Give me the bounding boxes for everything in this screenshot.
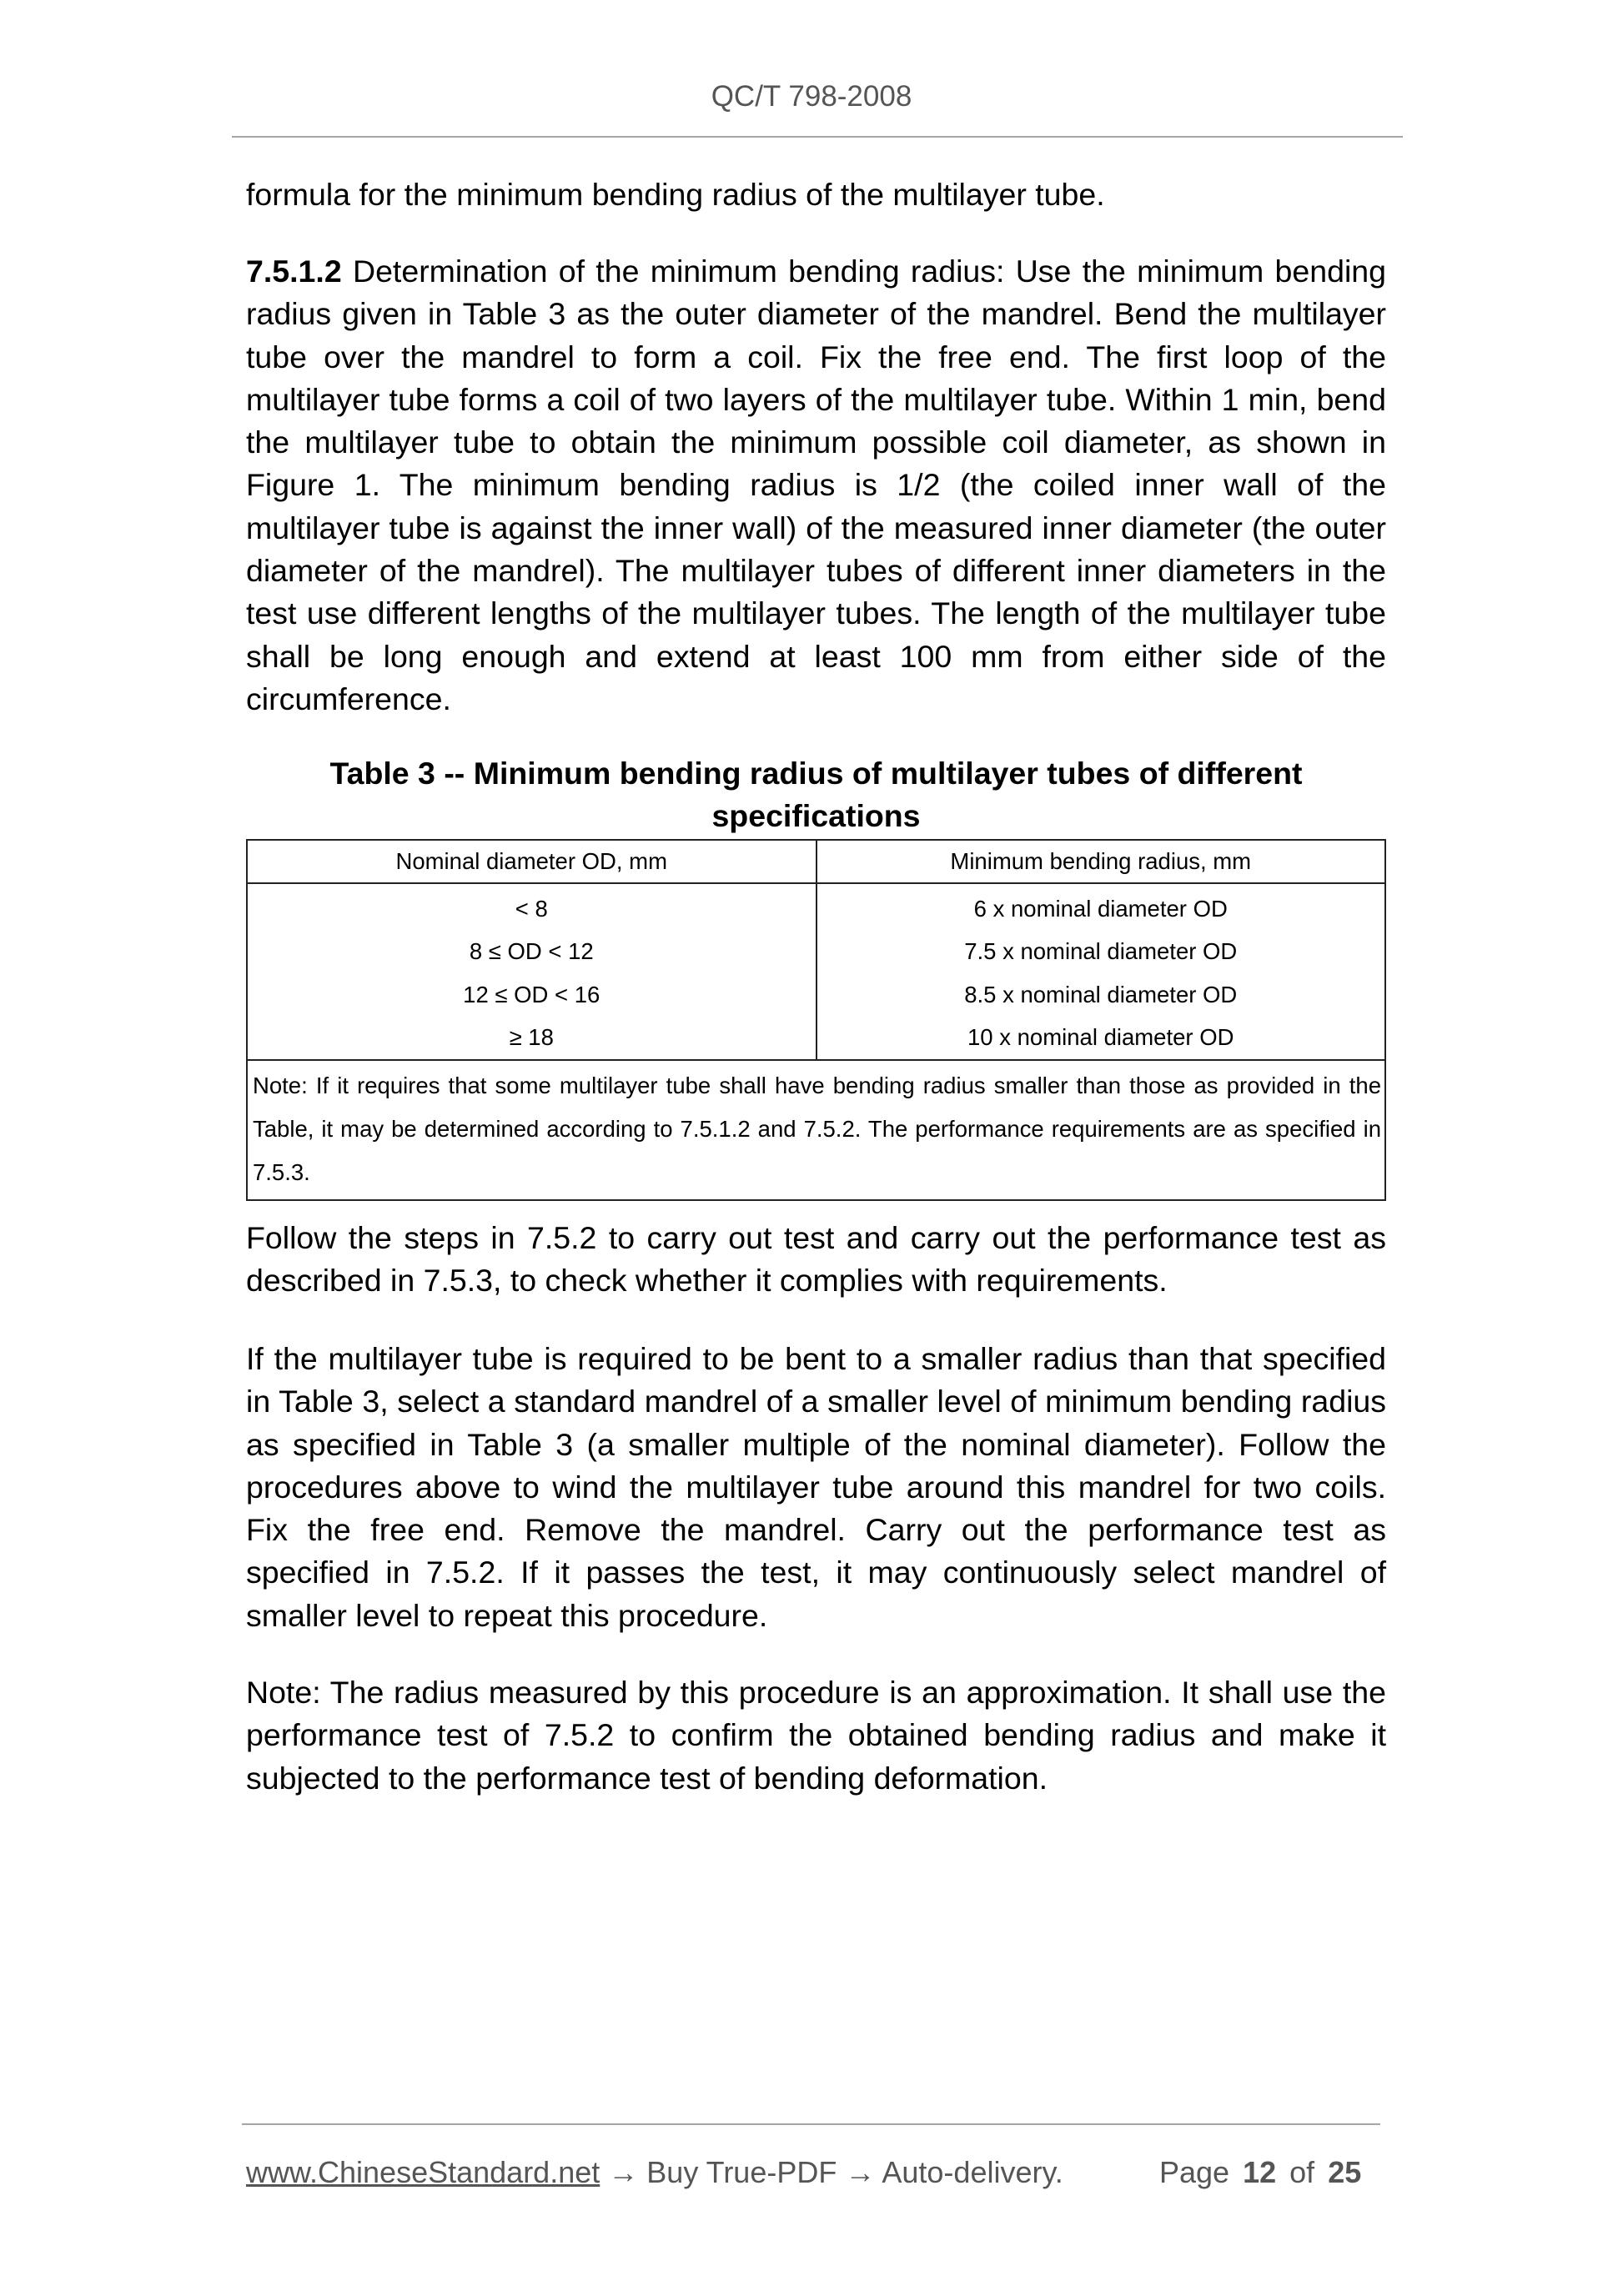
section-text: Determination of the minimum bending rad…: [246, 254, 1386, 716]
website-link[interactable]: www.ChineseStandard.net: [246, 2155, 600, 2189]
arrow-right-icon: →: [608, 2155, 638, 2189]
page-current: 12: [1243, 2155, 1276, 2189]
section-number: 7.5.1.2: [246, 254, 342, 289]
cell-nominal-diameter: ≥ 18: [247, 1017, 817, 1061]
cell-min-bending-radius: 10 x nominal diameter OD: [817, 1017, 1386, 1061]
table-row: 8 ≤ OD < 12 7.5 x nominal diameter OD: [247, 931, 1385, 974]
document-header-title: QC/T 798-2008: [0, 80, 1623, 113]
cell-nominal-diameter: 8 ≤ OD < 12: [247, 931, 817, 974]
paragraph-7-5-1-2: 7.5.1.2 Determination of the minimum ben…: [246, 250, 1386, 721]
table-row: ≥ 18 10 x nominal diameter OD: [247, 1017, 1385, 1061]
header-divider: [232, 136, 1403, 138]
footer-divider: [242, 2123, 1380, 2125]
paragraph-continuation: formula for the minimum bending radius o…: [246, 173, 1386, 216]
cell-nominal-diameter: 12 ≤ OD < 16: [247, 973, 817, 1017]
paragraph-smaller-radius: If the multilayer tube is required to be…: [246, 1338, 1386, 1637]
column-header-min-bending-radius: Minimum bending radius, mm: [817, 840, 1386, 883]
paragraph-follow-steps: Follow the steps in 7.5.2 to carry out t…: [246, 1217, 1386, 1303]
cell-min-bending-radius: 8.5 x nominal diameter OD: [817, 973, 1386, 1017]
table-row: < 8 6 x nominal diameter OD: [247, 883, 1385, 931]
cell-nominal-diameter: < 8: [247, 883, 817, 931]
bending-radius-table: Nominal diameter OD, mm Minimum bending …: [246, 839, 1386, 1201]
page-total: 25: [1328, 2155, 1361, 2189]
table-header-row: Nominal diameter OD, mm Minimum bending …: [247, 840, 1385, 883]
table-note-row: Note: If it requires that some multilaye…: [247, 1060, 1385, 1200]
cell-min-bending-radius: 7.5 x nominal diameter OD: [817, 931, 1386, 974]
arrow-right-icon: →: [845, 2155, 875, 2189]
footer-step-buy: Buy True-PDF: [646, 2155, 837, 2189]
table-row: 12 ≤ OD < 16 8.5 x nominal diameter OD: [247, 973, 1385, 1017]
footer-promo: www.ChineseStandard.net → Buy True-PDF →…: [246, 2155, 1063, 2190]
table-caption: Table 3 -- Minimum bending radius of mul…: [246, 752, 1386, 837]
table-note: Note: If it requires that some multilaye…: [247, 1060, 1385, 1200]
page-label: Page: [1159, 2155, 1229, 2189]
page-indicator: Page 12 of 25: [1159, 2155, 1361, 2190]
cell-min-bending-radius: 6 x nominal diameter OD: [817, 883, 1386, 931]
column-header-nominal-diameter: Nominal diameter OD, mm: [247, 840, 817, 883]
paragraph-note: Note: The radius measured by this proced…: [246, 1671, 1386, 1800]
footer-step-delivery: Auto-delivery.: [882, 2155, 1063, 2189]
page-of: of: [1289, 2155, 1314, 2189]
